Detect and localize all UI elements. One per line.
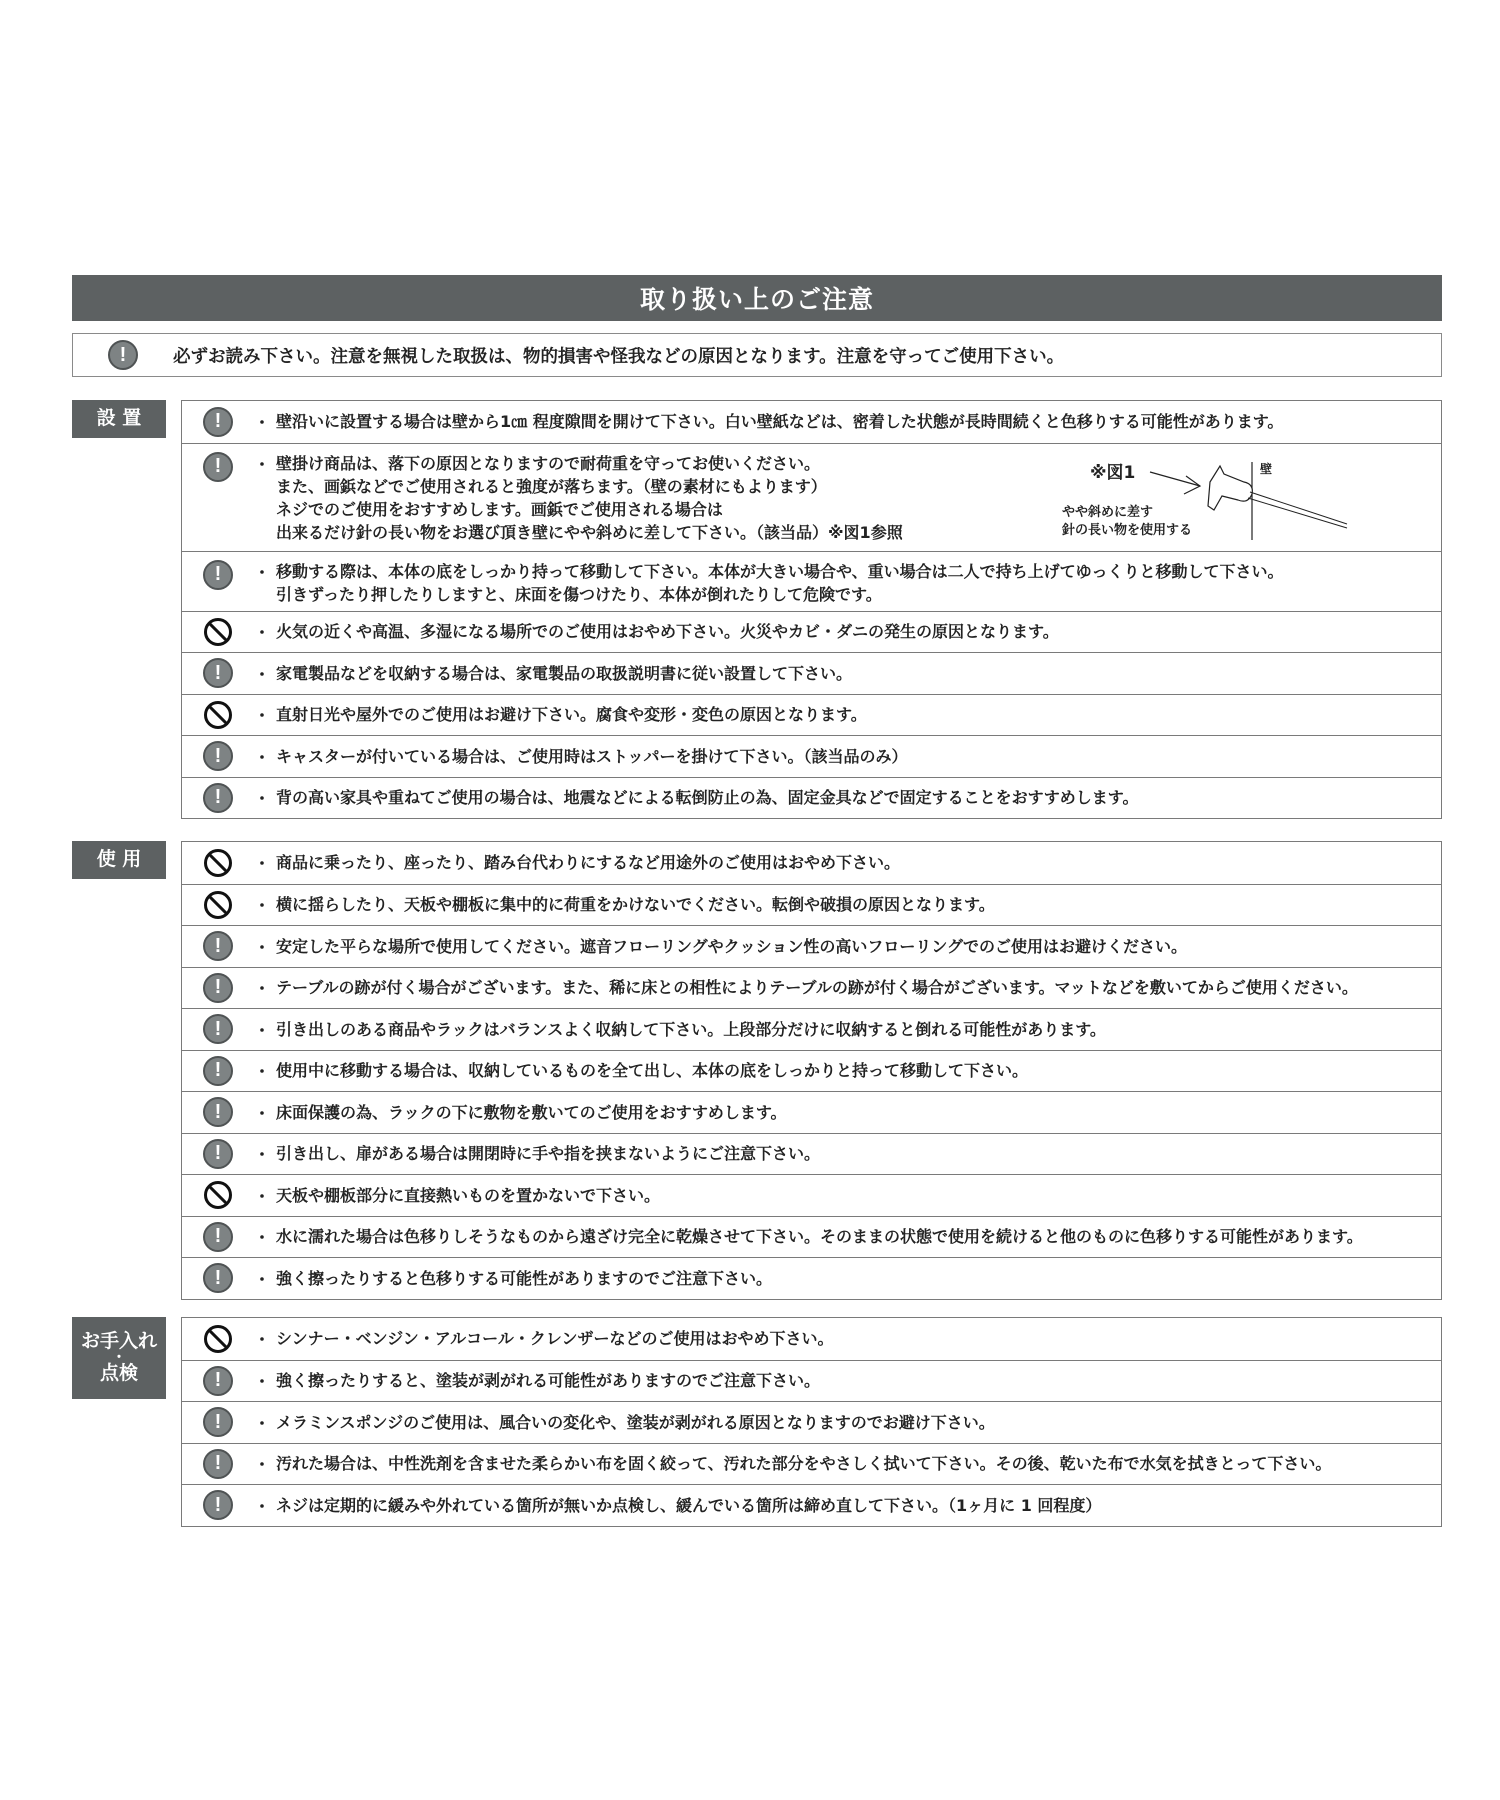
bullet: ・ xyxy=(254,893,276,916)
notice-banner: ! 必ずお読み下さい。注意を無視した取扱は、物的損害や怪我などの原因となります。… xyxy=(72,333,1442,377)
item-text: メラミンスポンジのご使用は、風合いの変化や、塗装が剥がれる原因となりますのでお避… xyxy=(276,1403,995,1442)
section-label-installation: 設 置 xyxy=(72,400,166,438)
warning-icon: ! xyxy=(203,1139,233,1169)
section-table-usage: ・ 商品に乗ったり、座ったり、踏み台代わりにするなど用途外のご使用はおやめ下さい… xyxy=(181,841,1442,1300)
bullet: ・ xyxy=(254,1494,276,1517)
warning-icon: ! xyxy=(203,1449,233,1479)
list-item: ・ 横に揺らしたり、天板や棚板に集中的に荷重をかけないでください。転倒や破損の原… xyxy=(182,884,1441,926)
item-text: 壁掛け商品は、落下の原因となりますので耐荷重を守ってお使いください。 また、画鋲… xyxy=(276,444,903,552)
item-text: 移動する際は、本体の底をしっかり持って移動して下さい。本体が大きい場合や、重い場… xyxy=(276,552,1284,614)
bullet: ・ xyxy=(254,976,276,999)
section-table-maintenance: ・ シンナー・ベンジン・アルコール・クレンザーなどのご使用はおやめ下さい。 ! … xyxy=(181,1317,1442,1527)
list-item: ! ・ 汚れた場合は、中性洗剤を含ませた柔らかい布を固く絞って、汚れた部分をやさ… xyxy=(182,1443,1441,1485)
item-text: 強く擦ったりすると、塗装が剥がれる可能性がありますのでご注意下さい。 xyxy=(276,1361,820,1400)
warning-icon: ! xyxy=(203,931,233,961)
section-label-usage: 使 用 xyxy=(72,841,166,879)
warning-icon: ! xyxy=(108,340,138,370)
item-text: 引き出しのある商品やラックはバランスよく収納して下さい。上段部分だけに収納すると… xyxy=(276,1010,1106,1049)
item-text: シンナー・ベンジン・アルコール・クレンザーなどのご使用はおやめ下さい。 xyxy=(276,1319,833,1358)
bullet: ・ xyxy=(254,1018,276,1041)
list-item: ・ 天板や棚板部分に直接熱いものを置かないで下さい。 xyxy=(182,1174,1441,1216)
list-item: ! ・ 床面保護の為、ラックの下に敷物を敷いてのご使用をおすすめします。 xyxy=(182,1091,1441,1133)
item-text: 安定した平らな場所で使用してください。遮音フローリングやクッション性の高いフロー… xyxy=(276,927,1187,966)
warning-icon: ! xyxy=(203,1056,233,1086)
item-text: 壁沿いに設置する場合は壁から1㎝ 程度隙間を開けて下さい。白い壁紙などは、密着し… xyxy=(276,402,1283,441)
bullet: ・ xyxy=(254,1452,276,1475)
list-item: ! ・ 壁沿いに設置する場合は壁から1㎝ 程度隙間を開けて下さい。白い壁紙などは… xyxy=(182,401,1441,443)
warning-icon: ! xyxy=(203,1097,233,1127)
list-item: ! ・ ネジは定期的に緩みや外れている箇所が無いか点検し、緩んでいる箇所は締め直… xyxy=(182,1484,1441,1526)
list-item: ・ 直射日光や屋外でのご使用はお避け下さい。腐食や変形・変色の原因となります。 xyxy=(182,694,1441,736)
warning-icon: ! xyxy=(203,1014,233,1044)
item-text: 水に濡れた場合は色移りしそうなものから遠ざけ完全に乾燥させて下さい。そのままの状… xyxy=(276,1217,1363,1256)
list-item: ! ・ 水に濡れた場合は色移りしそうなものから遠ざけ完全に乾燥させて下さい。その… xyxy=(182,1216,1441,1258)
list-item: ・ 火気の近くや高温、多湿になる場所でのご使用はおやめ下さい。火災やカビ・ダニの… xyxy=(182,611,1441,653)
item-text: 引き出し、扉がある場合は開閉時に手や指を挟まないようにご注意下さい。 xyxy=(276,1134,820,1173)
item-text: 背の高い家具や重ねてご使用の場合は、地震などによる転倒防止の為、固定金具などで固… xyxy=(276,778,1138,817)
warning-icon: ! xyxy=(203,452,233,482)
item-text: 床面保護の為、ラックの下に敷物を敷いてのご使用をおすすめします。 xyxy=(276,1093,787,1132)
list-item: ! ・ 安定した平らな場所で使用してください。遮音フローリングやクッション性の高… xyxy=(182,925,1441,967)
pushpin-icon xyxy=(1062,454,1352,544)
list-item: ! ・ 背の高い家具や重ねてご使用の場合は、地震などによる転倒防止の為、固定金具… xyxy=(182,777,1441,819)
item-text: 強く擦ったりすると色移りする可能性がありますのでご注意下さい。 xyxy=(276,1259,772,1298)
list-item: ! ・ テーブルの跡が付く場合がございます。また、稀に床との相性によりテーブルの… xyxy=(182,967,1441,1009)
item-text: 使用中に移動する場合は、収納しているものを全て出し、本体の底をしっかりと持って移… xyxy=(276,1051,1028,1090)
bullet: ・ xyxy=(254,662,276,685)
list-item: ! ・ 移動する際は、本体の底をしっかり持って移動して下さい。本体が大きい場合や… xyxy=(182,551,1441,611)
list-item: ! ・ 引き出し、扉がある場合は開閉時に手や指を挟まないようにご注意下さい。 xyxy=(182,1133,1441,1175)
list-item: ! ・ 強く擦ったりすると色移りする可能性がありますのでご注意下さい。 xyxy=(182,1257,1441,1299)
warning-icon: ! xyxy=(203,658,233,688)
list-item: ・ シンナー・ベンジン・アルコール・クレンザーなどのご使用はおやめ下さい。 xyxy=(182,1318,1441,1360)
bullet: ・ xyxy=(254,1267,276,1290)
prohibition-icon xyxy=(203,1324,233,1354)
warning-icon: ! xyxy=(203,741,233,771)
bullet: ・ xyxy=(254,444,276,475)
warning-icon: ! xyxy=(203,1366,233,1396)
list-item: ! ・ メラミンスポンジのご使用は、風合いの変化や、塗装が剥がれる原因となります… xyxy=(182,1401,1441,1443)
item-text: 汚れた場合は、中性洗剤を含ませた柔らかい布を固く絞って、汚れた部分をやさしく拭い… xyxy=(276,1444,1331,1483)
notice-text: 必ずお読み下さい。注意を無視した取扱は、物的損害や怪我などの原因となります。注意… xyxy=(173,343,1064,368)
figure-pushpin-diagram: ※図1 やや斜めに差す 針の長い物を使用する 壁 xyxy=(1062,454,1352,544)
bullet: ・ xyxy=(254,1225,276,1248)
page-title: 取り扱い上のご注意 xyxy=(72,275,1442,321)
warning-icon: ! xyxy=(203,1407,233,1437)
section-label-maintenance: お手入れ ・ 点検 xyxy=(72,1317,166,1399)
item-line: ネジでのご使用をおすすめします。画鋲でご使用される場合は xyxy=(276,498,903,521)
bullet: ・ xyxy=(254,786,276,809)
bullet: ・ xyxy=(254,1101,276,1124)
item-text: 火気の近くや高温、多湿になる場所でのご使用はおやめ下さい。火災やカビ・ダニの発生… xyxy=(276,612,1059,651)
bullet: ・ xyxy=(254,552,276,583)
item-text: キャスターが付いている場合は、ご使用時はストッパーを掛けて下さい。（該当品のみ） xyxy=(276,737,908,776)
item-line: 引きずったり押したりしますと、床面を傷つけたり、本体が倒れたりして危険です。 xyxy=(276,583,1284,606)
bullet: ・ xyxy=(254,703,276,726)
bullet: ・ xyxy=(254,745,276,768)
item-line: また、画鋲などでご使用されると強度が落ちます。（壁の素材にもよります） xyxy=(276,475,903,498)
section-table-installation: ! ・ 壁沿いに設置する場合は壁から1㎝ 程度隙間を開けて下さい。白い壁紙などは… xyxy=(181,400,1442,819)
list-item: ! ・ 壁掛け商品は、落下の原因となりますので耐荷重を守ってお使いください。 ま… xyxy=(182,443,1441,551)
bullet: ・ xyxy=(254,1369,276,1392)
item-line: 壁掛け商品は、落下の原因となりますので耐荷重を守ってお使いください。 xyxy=(276,452,903,475)
bullet: ・ xyxy=(254,935,276,958)
prohibition-icon xyxy=(203,700,233,730)
warning-icon: ! xyxy=(203,783,233,813)
bullet: ・ xyxy=(254,410,276,433)
list-item: ! ・ 強く擦ったりすると、塗装が剥がれる可能性がありますのでご注意下さい。 xyxy=(182,1360,1441,1402)
warning-icon: ! xyxy=(203,1222,233,1252)
bullet: ・ xyxy=(254,851,276,874)
warning-icon: ! xyxy=(203,560,233,590)
section-label-line: 点検 xyxy=(100,1363,138,1385)
warning-icon: ! xyxy=(203,1263,233,1293)
bullet: ・ xyxy=(254,1059,276,1082)
list-item: ! ・ キャスターが付いている場合は、ご使用時はストッパーを掛けて下さい。（該当… xyxy=(182,735,1441,777)
bullet: ・ xyxy=(254,620,276,643)
bullet: ・ xyxy=(254,1184,276,1207)
bullet: ・ xyxy=(254,1411,276,1434)
item-text: テーブルの跡が付く場合がございます。また、稀に床との相性によりテーブルの跡が付く… xyxy=(276,968,1358,1007)
item-text: 商品に乗ったり、座ったり、踏み台代わりにするなど用途外のご使用はおやめ下さい。 xyxy=(276,843,900,882)
warning-icon: ! xyxy=(203,1490,233,1520)
list-item: ! ・ 家電製品などを収納する場合は、家電製品の取扱説明書に従い設置して下さい。 xyxy=(182,652,1441,694)
bullet: ・ xyxy=(254,1327,276,1350)
list-item: ・ 商品に乗ったり、座ったり、踏み台代わりにするなど用途外のご使用はおやめ下さい… xyxy=(182,842,1441,884)
prohibition-icon xyxy=(203,848,233,878)
warning-icon: ! xyxy=(203,973,233,1003)
warning-icon: ! xyxy=(203,407,233,437)
bullet: ・ xyxy=(254,1142,276,1165)
item-line: 移動する際は、本体の底をしっかり持って移動して下さい。本体が大きい場合や、重い場… xyxy=(276,560,1284,583)
item-text: 天板や棚板部分に直接熱いものを置かないで下さい。 xyxy=(276,1176,660,1215)
item-line: 出来るだけ針の長い物をお選び頂き壁にやや斜めに差して下さい。（該当品）※図1参照 xyxy=(276,521,903,544)
prohibition-icon xyxy=(203,890,233,920)
list-item: ! ・ 使用中に移動する場合は、収納しているものを全て出し、本体の底をしっかりと… xyxy=(182,1050,1441,1092)
item-text: ネジは定期的に緩みや外れている箇所が無いか点検し、緩んでいる箇所は締め直して下さ… xyxy=(276,1486,1101,1525)
prohibition-icon xyxy=(203,617,233,647)
list-item: ! ・ 引き出しのある商品やラックはバランスよく収納して下さい。上段部分だけに収… xyxy=(182,1008,1441,1050)
prohibition-icon xyxy=(203,1180,233,1210)
item-text: 直射日光や屋外でのご使用はお避け下さい。腐食や変形・変色の原因となります。 xyxy=(276,695,867,734)
item-text: 家電製品などを収納する場合は、家電製品の取扱説明書に従い設置して下さい。 xyxy=(276,654,852,693)
item-text: 横に揺らしたり、天板や棚板に集中的に荷重をかけないでください。転倒や破損の原因と… xyxy=(276,885,995,924)
